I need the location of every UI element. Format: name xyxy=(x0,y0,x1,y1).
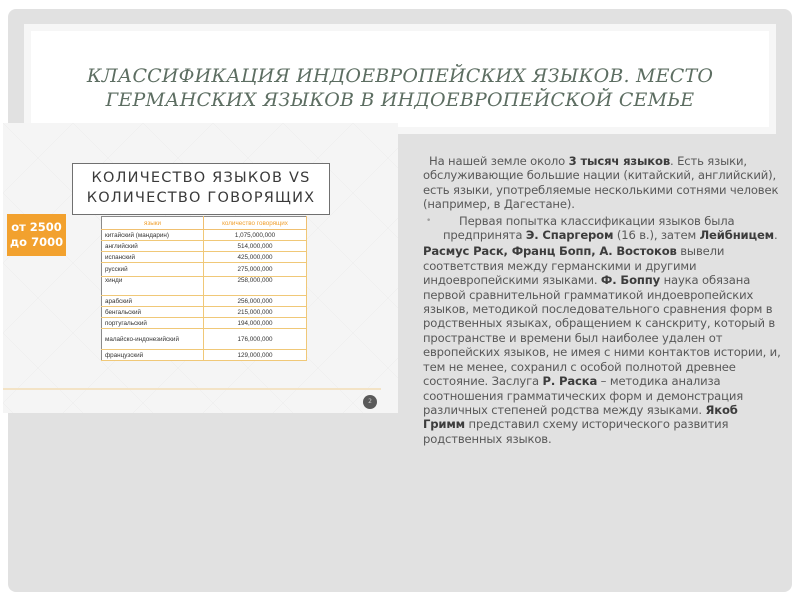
text-span: представил схему исторического развития … xyxy=(423,417,728,445)
table-row: португальский194,000,000 xyxy=(102,318,307,329)
bold-span: Лейбницем xyxy=(700,228,774,242)
header-languages: языки xyxy=(102,217,204,230)
bold-span: Расмус Раск, Франц Бопп, А. Востоков xyxy=(423,244,677,258)
cell-language: английский xyxy=(102,241,204,252)
cell-language: малайско-индонезийский xyxy=(102,329,204,350)
slide-title-line-2: ГЕРМАНСКИХ ЯЗЫКОВ В ИНДОЕВРОПЕЙСКОЙ СЕМЬ… xyxy=(31,88,769,112)
cell-language: русский xyxy=(102,263,204,277)
cell-language: испанский xyxy=(102,252,204,263)
title-panel: КЛАССИФИКАЦИЯ ИНДОЕВРОПЕЙСКИХ ЯЗЫКОВ. МЕ… xyxy=(24,24,776,134)
cell-speakers: 215,000,000 xyxy=(204,307,307,318)
table-row: арабский256,000,000 xyxy=(102,296,307,307)
page-number-badge: 2 xyxy=(363,395,377,409)
cell-speakers: 129,000,000 xyxy=(204,350,307,361)
bullet-icon: • xyxy=(426,214,431,228)
bold-span: Э. Спаргером xyxy=(526,228,613,242)
table-body: китайский (мандарин)1,075,000,000английс… xyxy=(102,230,307,361)
cell-language: французский xyxy=(102,350,204,361)
bold-span: 3 тысяч языков xyxy=(569,154,670,168)
table-row: английский514,000,000 xyxy=(102,241,307,252)
bold-span: Р. Раска xyxy=(543,374,598,388)
cell-speakers: 256,000,000 xyxy=(204,296,307,307)
languages-count-badge: от 2500 до 7000 xyxy=(7,214,66,256)
cell-speakers: 514,000,000 xyxy=(204,241,307,252)
cell-speakers: 425,000,000 xyxy=(204,252,307,263)
cell-speakers: 258,000,000 xyxy=(204,277,307,296)
table-header-row: языки количество говорящих xyxy=(102,217,307,230)
header-speakers: количество говорящих xyxy=(204,217,307,230)
languages-picture: КОЛИЧЕСТВО ЯЗЫКОВ VS КОЛИЧЕСТВО ГОВОРЯЩИ… xyxy=(3,123,398,413)
picture-heading-line-2: КОЛИЧЕСТВО ГОВОРЯЩИХ xyxy=(73,188,329,208)
badge-line-2: до 7000 xyxy=(7,235,66,250)
body-text: На нашей земле около 3 тысяч языков. Ест… xyxy=(423,154,783,446)
cell-language: китайский (мандарин) xyxy=(102,230,204,241)
cell-language: бенгальский xyxy=(102,307,204,318)
picture-heading-line-1: КОЛИЧЕСТВО ЯЗЫКОВ VS xyxy=(73,168,329,188)
cell-language: хинди xyxy=(102,277,204,296)
badge-line-1: от 2500 xyxy=(7,220,66,235)
cell-language: португальский xyxy=(102,318,204,329)
text-span: . xyxy=(774,228,778,242)
paragraph-scholars: Расмус Раск, Франц Бопп, А. Востоков выв… xyxy=(423,244,783,446)
bold-span: Ф. Боппу xyxy=(601,273,660,287)
cell-speakers: 1,075,000,000 xyxy=(204,230,307,241)
cell-speakers: 275,000,000 xyxy=(204,263,307,277)
text-span: наука обязана первой сравнительной грамм… xyxy=(423,273,781,388)
languages-table: языки количество говорящих китайский (ма… xyxy=(101,216,307,361)
table-row: хинди258,000,000 xyxy=(102,277,307,296)
table-row: малайско-индонезийский176,000,000 xyxy=(102,329,307,350)
table-row: испанский425,000,000 xyxy=(102,252,307,263)
cell-language: арабский xyxy=(102,296,204,307)
table-row: бенгальский215,000,000 xyxy=(102,307,307,318)
text-span: (16 в.), затем xyxy=(613,228,699,242)
cell-speakers: 194,000,000 xyxy=(204,318,307,329)
slide-title: КЛАССИФИКАЦИЯ ИНДОЕВРОПЕЙСКИХ ЯЗЫКОВ. МЕ… xyxy=(31,64,769,112)
divider-line xyxy=(3,388,381,390)
table-row: русский275,000,000 xyxy=(102,263,307,277)
picture-heading: КОЛИЧЕСТВО ЯЗЫКОВ VS КОЛИЧЕСТВО ГОВОРЯЩИ… xyxy=(72,163,330,215)
cell-speakers: 176,000,000 xyxy=(204,329,307,350)
table-row: французский129,000,000 xyxy=(102,350,307,361)
slide-title-line-1: КЛАССИФИКАЦИЯ ИНДОЕВРОПЕЙСКИХ ЯЗЫКОВ. МЕ… xyxy=(31,64,769,88)
paragraph-intro: На нашей земле около 3 тысяч языков. Ест… xyxy=(423,154,783,212)
table-row: китайский (мандарин)1,075,000,000 xyxy=(102,230,307,241)
text-span: На нашей земле около xyxy=(429,154,569,168)
bullet-item: • Первая попытка классификации языков бы… xyxy=(423,214,783,243)
